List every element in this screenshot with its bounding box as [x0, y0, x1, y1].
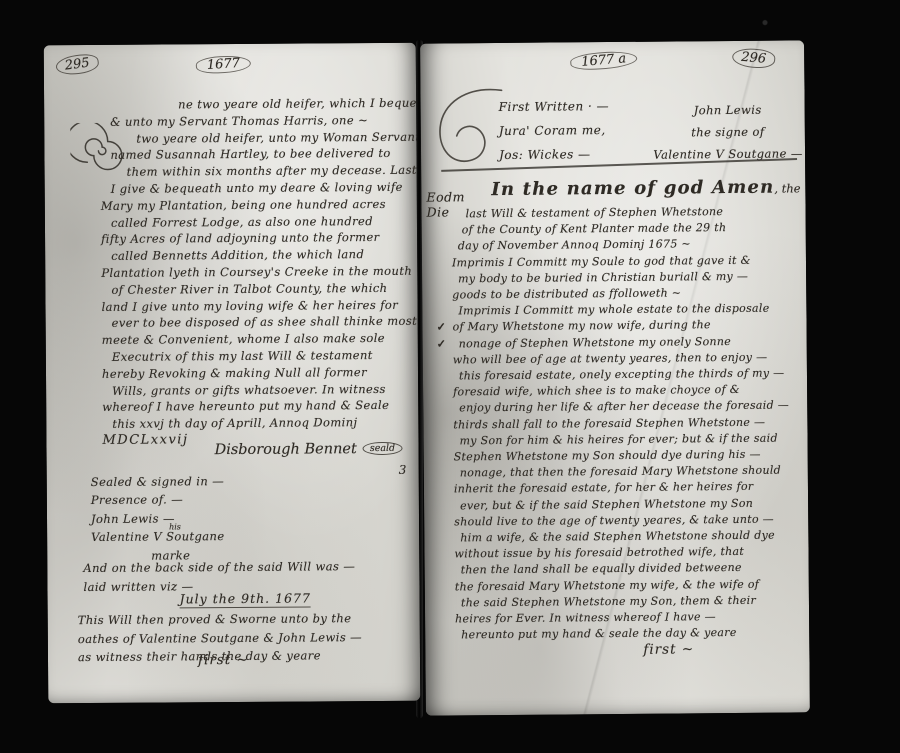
- seal-annotation: seald: [363, 442, 402, 455]
- catchword: first ~: [198, 652, 249, 668]
- text-line: called Forrest Lodge, as also one hundre…: [111, 212, 420, 231]
- margin-check-marks: ✓ ✓: [436, 319, 446, 352]
- will-body-text: last Will & testament of Stephen Whetsto…: [451, 203, 791, 643]
- text-line: Presence of. —: [91, 490, 225, 509]
- text-line: Mary my Plantation, being one hundred ac…: [101, 195, 421, 214]
- check-mark-icon: ✓: [437, 336, 446, 353]
- text-line: the signe of: [653, 120, 803, 143]
- text-line: of Chester River in Talbot County, the w…: [111, 279, 420, 298]
- page-number: 295: [55, 52, 100, 76]
- text-line: Wills, grants or gifts whatsoever. In wi…: [112, 380, 420, 399]
- text-line: meete & Convenient, whome I also make so…: [102, 330, 421, 349]
- left-page: 295 1677 ne two yeare old heifer, which …: [44, 43, 421, 704]
- text-line: hereunto put my hand & seale the day & y…: [461, 625, 791, 644]
- text-line: Imprimis I Committ my whole estate to th…: [458, 301, 788, 320]
- text-line: And on the back side of the said Will wa…: [83, 557, 355, 577]
- text-line: fifty Acres of land adjoyning unto the f…: [101, 229, 420, 248]
- mark-superscript: his: [169, 522, 181, 531]
- text-line: Valentine V Soutgane: [91, 527, 225, 546]
- page-number: 296: [732, 47, 776, 69]
- year-heading: 1677: [195, 54, 251, 74]
- text-line: named Susannah Hartley, to bee delivered…: [110, 145, 420, 164]
- witness-note-block: John Lewisthe signe ofValentine V Soutga…: [653, 98, 804, 165]
- text-line: Executrix of this my last Will & testame…: [112, 347, 420, 366]
- text-line: Jos: Wickes —: [499, 142, 610, 167]
- text-line: called Bennetts Addition, the which land: [111, 246, 420, 265]
- text-line: Plantation lyeth in Coursey's Creeke in …: [101, 263, 420, 282]
- text-line: Sealed & signed in —: [91, 472, 225, 491]
- heading-text: In the name of god Amen: [491, 177, 774, 200]
- heading-tail: , the: [774, 181, 800, 195]
- text-line: the said Stephen Whetstone my Son, them …: [461, 592, 791, 611]
- seal-flourish: 3: [399, 463, 407, 477]
- will-heading: In the name of god Amen, the: [491, 176, 800, 200]
- text-line: ne two yeare old heifer, which I bequeat…: [178, 95, 420, 114]
- text-line: & unto my Servant Thomas Harris, one ~: [110, 111, 420, 130]
- text-line: oathes of Valentine Soutgane & John Lewi…: [78, 628, 362, 648]
- attestation-block: Sealed & signed in —Presence of. —John L…: [91, 472, 225, 565]
- text-line: John Lewis: [653, 98, 803, 121]
- will-body-text: ne two yeare old heifer, which I bequeat…: [100, 95, 420, 450]
- text-line: my body to be buried in Christian burial…: [458, 268, 788, 287]
- check-mark-icon: ✓: [436, 319, 445, 336]
- catchword: first ~: [643, 641, 694, 657]
- probate-date: July the 9th. 1677: [180, 590, 311, 608]
- text-line: them within six months after my decease.…: [127, 162, 421, 181]
- text-line: This Will then proved & Sworne unto by t…: [78, 609, 362, 629]
- text-line: I give & bequeath unto my deare & loving…: [111, 179, 421, 198]
- year-heading: 1677 a: [570, 49, 638, 71]
- text-line: First Written · —: [499, 94, 610, 119]
- text-line: this xxvj th day of Aprill, Annoq Dominj: [112, 414, 420, 433]
- text-line: Jura' Coram me,: [499, 118, 610, 143]
- probate-note-block: First Written · —Jura' Coram me,Jos: Wic…: [499, 94, 610, 167]
- text-line: John Lewis —: [91, 509, 225, 528]
- text-line: two yeare old heifer, unto my Woman Serv…: [136, 128, 420, 147]
- signature-row: Disborough Bennetseald: [214, 441, 402, 458]
- bracket-flourish-icon: [432, 83, 507, 180]
- text-line: whereof I have hereunto put my hand & Se…: [102, 397, 420, 416]
- testator-signature: Disborough Bennet: [214, 441, 356, 458]
- text-line: ever to bee disposed of as shee shall th…: [112, 313, 421, 332]
- right-page: 1677 a 296 First Written · —Jura' Coram …: [420, 40, 810, 715]
- microfilm-scan: 295 1677 ne two yeare old heifer, which …: [0, 0, 900, 753]
